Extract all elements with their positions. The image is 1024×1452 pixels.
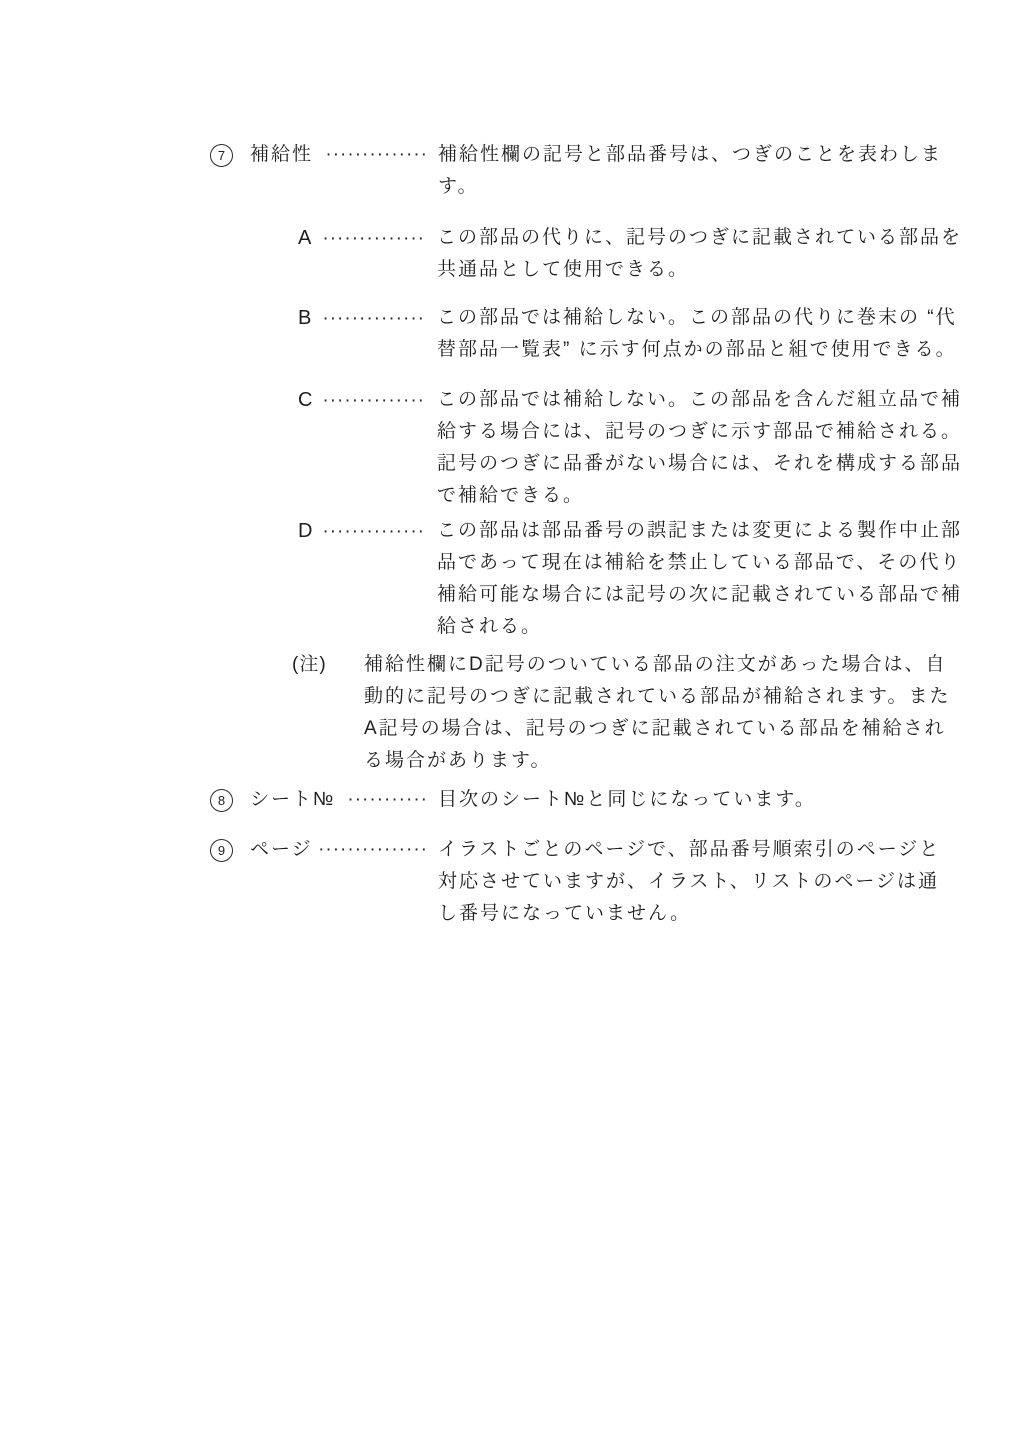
note-text: 補給性欄にD記号のついている部品の注文があった場合は、自 動的に記号のつぎに記載… xyxy=(364,649,950,777)
dot-leader: ··········· xyxy=(347,784,428,816)
code-b-column: B ·············· xyxy=(298,302,437,335)
scanned-manual-page: 7 補給性 ·············· 補給性欄の記号と部品番号は、つぎのこと… xyxy=(0,0,1024,1452)
page-no-term-column: ページ ··············· xyxy=(250,834,438,866)
sheet-no-description: 目次のシート№と同じになっています。 xyxy=(438,784,816,816)
supply-description: 補給性欄の記号と部品番号は、つぎのことを表わしま す。 xyxy=(438,139,942,203)
dot-leader: ·············· xyxy=(325,139,428,171)
page-no-description: イラストごとのページで、部品番号順索引のページと 対応させていますが、イラスト、… xyxy=(438,834,940,930)
note-label: (注) xyxy=(292,649,364,681)
circled-number-7: 7 xyxy=(210,144,233,167)
sheet-no-term-column: シート№ ··········· xyxy=(250,784,438,816)
dot-leader: ·············· xyxy=(322,223,425,255)
circled-number-8: 8 xyxy=(210,789,233,812)
code-d-description: この部品は部品番号の誤記または変更による製作中止部 品であって現在は補給を禁止し… xyxy=(437,515,962,643)
code-a-column: A ·············· xyxy=(298,222,437,255)
section-sheet-no: 8 シート№ ··········· 目次のシート№と同じになっています。 xyxy=(210,784,816,816)
dot-leader: ·············· xyxy=(322,516,425,548)
code-c-label: C xyxy=(298,384,312,416)
section-supply-code: 7 補給性 ·············· 補給性欄の記号と部品番号は、つぎのこと… xyxy=(210,139,942,203)
dot-leader: ·············· xyxy=(322,303,425,335)
dot-leader: ·············· xyxy=(322,385,425,417)
section-code-c: C ·············· この部品では補給しない。この部品を含んだ組立品… xyxy=(298,384,962,512)
section-code-d: D ·············· この部品は部品番号の誤記または変更による製作中… xyxy=(298,515,962,643)
code-a-label: A xyxy=(298,222,311,254)
supply-term-label: 補給性 xyxy=(250,139,313,171)
code-c-column: C ·············· xyxy=(298,384,437,417)
code-d-column: D ·············· xyxy=(298,515,437,548)
section-code-a: A ·············· この部品の代りに、記号のつぎに記載されている部… xyxy=(298,222,962,286)
code-b-description: この部品では補給しない。この部品の代りに巻末の “代 替部品一覧表” に示す何点… xyxy=(437,302,957,366)
section-note: (注) 補給性欄にD記号のついている部品の注文があった場合は、自 動的に記号のつ… xyxy=(292,649,950,777)
sheet-no-term-label: シート№ xyxy=(250,784,335,816)
code-b-label: B xyxy=(298,302,311,334)
code-c-description: この部品では補給しない。この部品を含んだ組立品で補 給する場合には、記号のつぎに… xyxy=(437,384,962,512)
section-code-b: B ·············· この部品では補給しない。この部品の代りに巻末の… xyxy=(298,302,957,366)
dot-leader: ··············· xyxy=(318,834,428,866)
section-page-no: 9 ページ ··············· イラストごとのページで、部品番号順索… xyxy=(210,834,940,930)
code-d-label: D xyxy=(298,515,312,547)
page-no-term-label: ページ xyxy=(250,834,313,866)
code-a-description: この部品の代りに、記号のつぎに記載されている部品を 共通品として使用できる。 xyxy=(437,222,962,286)
supply-term-column: 補給性 ·············· xyxy=(250,139,438,171)
circled-number-9: 9 xyxy=(210,839,233,862)
